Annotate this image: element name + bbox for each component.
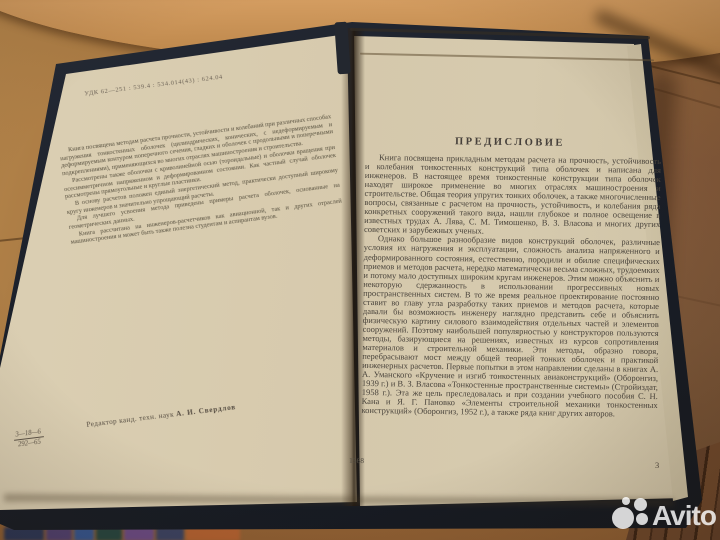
avito-wordmark: Avito xyxy=(652,500,716,532)
avito-watermark: Avito xyxy=(610,494,720,536)
page-number: 3 xyxy=(655,460,659,470)
photo-open-book: УДК 62—251 : 539.4 : 534.014(43) : 624.0… xyxy=(0,0,720,540)
preface-paragraph: Однако большое разнообразие видов констр… xyxy=(361,234,659,419)
avito-logo-circle-icon xyxy=(612,507,634,529)
preface-body: Книга посвящена прикладным методам расче… xyxy=(361,153,661,458)
book-code-fraction: 3—18—6 292—65 xyxy=(13,428,45,448)
preface-paragraph: Книга посвящена прикладным методам расче… xyxy=(364,153,661,239)
print-order-number: 1568 xyxy=(349,456,364,465)
avito-logo-circle-icon xyxy=(636,513,648,525)
avito-logo-circle-icon xyxy=(622,497,630,505)
avito-logo-circle-icon xyxy=(634,498,647,511)
